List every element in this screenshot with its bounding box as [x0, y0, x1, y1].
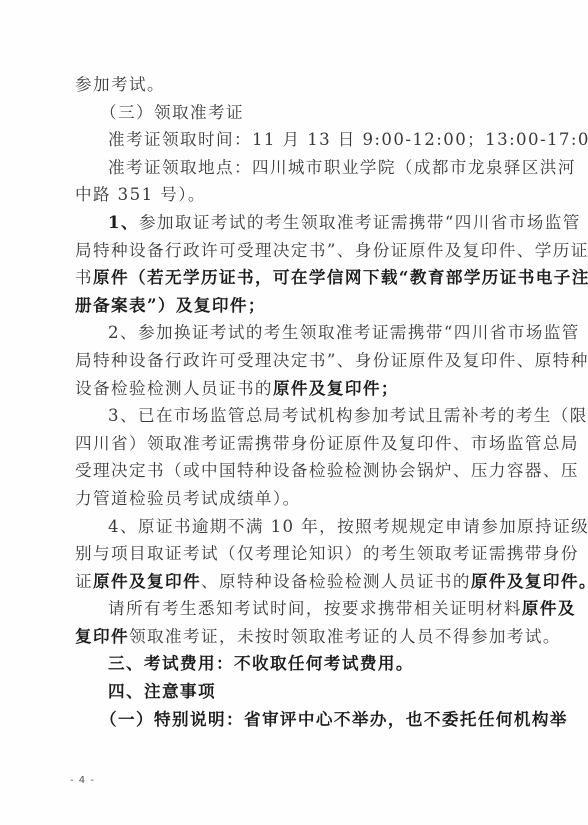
ticket-collection-location: 准考证领取地点：四川城市职业学院（成都市龙泉驿区洪河: [75, 154, 515, 182]
item-number: 1、: [108, 212, 139, 232]
item-3-line: 3、已在市场监管总局考试机构参加考试且需补考的考生（限: [75, 402, 515, 430]
section-heading-admission-ticket: （三）领取准考证: [75, 99, 515, 127]
text-line: 受理决定书（或中国特种设备检验检测协会锅炉、压力容器、压: [75, 457, 515, 485]
text-span: 请所有考生悉知考试时间，按要求携带相关证明材料: [108, 599, 522, 618]
text-line: 四川省）领取准考证需携带身份证原件及复印件、市场监管总局: [75, 430, 515, 458]
text-line: 中路 351 号）。: [75, 181, 515, 209]
bold-line: 册备案表”）及复印件；: [75, 292, 515, 320]
text-span: 设备检验检测人员证书的: [75, 379, 273, 398]
text-span: 证: [75, 572, 93, 591]
item-2-line: 2、参加换证考试的考生领取准考证需携带“四川省市场监管: [75, 319, 515, 347]
text-line: 别与项目取证考试（仅考理论知识）的考生领取考证需携带身份: [75, 540, 515, 568]
document-body: 参加考试。 （三）领取准考证 准考证领取时间：11 月 13 日 9:00-12…: [75, 71, 515, 733]
text-line: 复印件领取准考证，未按时领取准考证的人员不得参加考试。: [75, 623, 515, 651]
notice-line: 请所有考生悉知考试时间，按要求携带相关证明材料原件及: [75, 595, 515, 623]
text-span: 参加取证考试的考生领取准考证需携带“四川省市场监管: [139, 213, 581, 232]
text-line: 力管道检验员考试成绩单）。: [75, 485, 515, 513]
text-line: 书原件（若无学历证书，可在学信网下载“教育部学历证书电子注: [75, 264, 515, 292]
text-span: 、原特种设备检验检测人员证书的: [201, 572, 471, 591]
text-line: 参加考试。: [75, 71, 515, 99]
bold-text: 原件（若无学历证书，可在学信网下载“教育部学历证书电子注: [93, 267, 588, 287]
text-line: 局特种设备行政许可受理决定书”、身份证原件及复印件、学历证: [75, 237, 515, 265]
document-page: 参加考试。 （三）领取准考证 准考证领取时间：11 月 13 日 9:00-12…: [0, 0, 588, 825]
bold-text: 原件及复印件；: [273, 378, 399, 398]
text-span: 书: [75, 268, 93, 287]
section-heading-exam-fees: 三、考试费用：不收取任何考试费用。: [75, 650, 515, 678]
ticket-collection-time: 准考证领取时间：11 月 13 日 9:00-12:00；13:00-17:00…: [75, 126, 515, 154]
text-line: 局特种设备行政许可受理决定书”、身份证原件及复印件、原特种: [75, 347, 515, 375]
text-line: 设备检验检测人员证书的原件及复印件；: [75, 375, 515, 403]
special-note-line: （一）特别说明：省审评中心不举办，也不委托任何机构举: [75, 706, 515, 734]
section-heading-notes: 四、注意事项: [75, 678, 515, 706]
bold-text: 复印件: [75, 626, 129, 646]
text-line: 证原件及复印件、原特种设备检验检测人员证书的原件及复印件。: [75, 568, 515, 596]
text-span: 领取准考证，未按时领取准考证的人员不得参加考试。: [129, 627, 561, 646]
item-1-line: 1、参加取证考试的考生领取准考证需携带“四川省市场监管: [75, 209, 515, 237]
bold-text: 原件及: [522, 598, 576, 618]
item-4-line: 4、原证书逾期不满 10 年，按照考规规定申请参加原持证级: [75, 513, 515, 541]
bold-text: 原件及复印件: [93, 571, 201, 591]
bold-text: 原件及复印件。: [471, 571, 588, 591]
page-number: - 4 -: [70, 775, 95, 786]
